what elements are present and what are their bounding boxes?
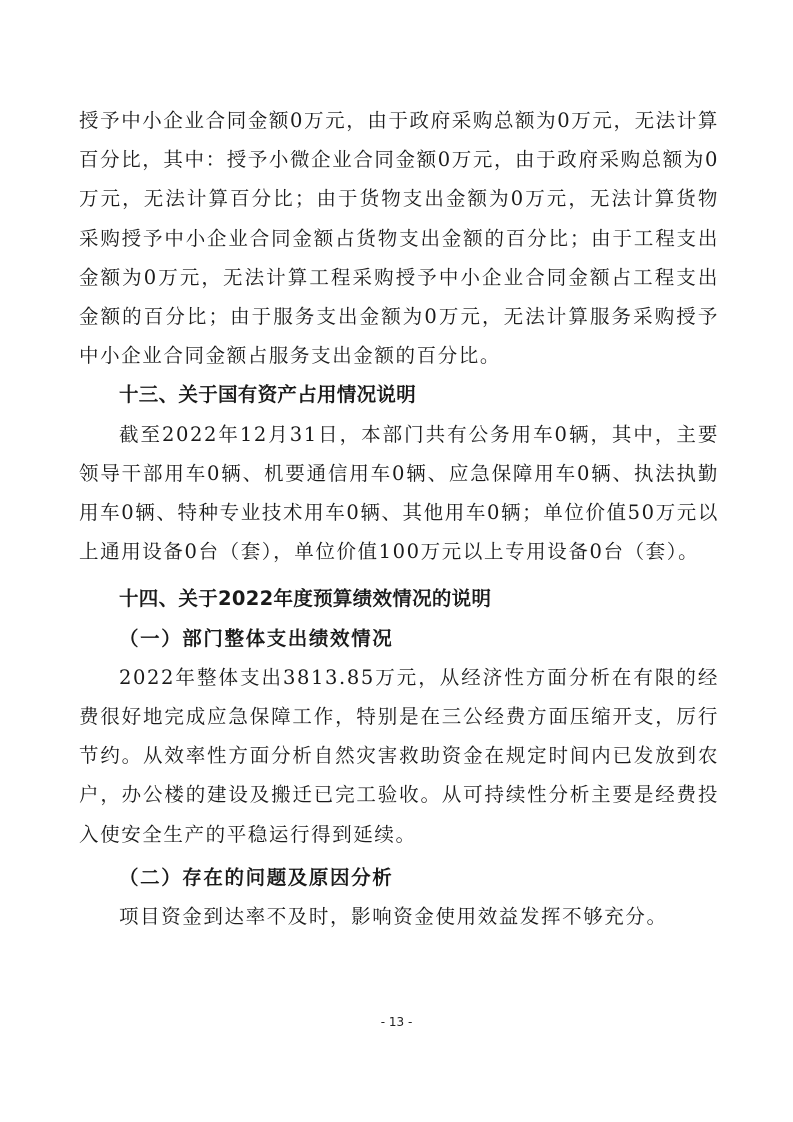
paragraph-overall-performance: 2022年整体支出3813.85万元，从经济性方面分析在有限的经费很好地完成应急… <box>79 658 719 854</box>
document-page: 授予中小企业合同金额0万元，由于政府采购总额为0万元，无法计算百分比，其中：授予… <box>79 101 719 936</box>
paragraph-state-assets: 截至2022年12月31日，本部门共有公务用车0辆，其中，主要领导干部用车0辆、… <box>79 415 719 572</box>
subheading-problems: （二）存在的问题及原因分析 <box>79 858 719 897</box>
paragraph-procurement-continuation: 授予中小企业合同金额0万元，由于政府采购总额为0万元，无法计算百分比，其中：授予… <box>79 101 719 375</box>
page-number: - 13 - <box>0 1015 793 1029</box>
heading-performance: 十四、关于2022年度预算绩效情况的说明 <box>79 579 719 618</box>
subheading-overall-performance: （一）部门整体支出绩效情况 <box>79 619 719 658</box>
heading-state-assets: 十三、关于国有资产占用情况说明 <box>79 375 719 414</box>
paragraph-problems: 项目资金到达率不及时，影响资金使用效益发挥不够充分。 <box>79 897 719 936</box>
